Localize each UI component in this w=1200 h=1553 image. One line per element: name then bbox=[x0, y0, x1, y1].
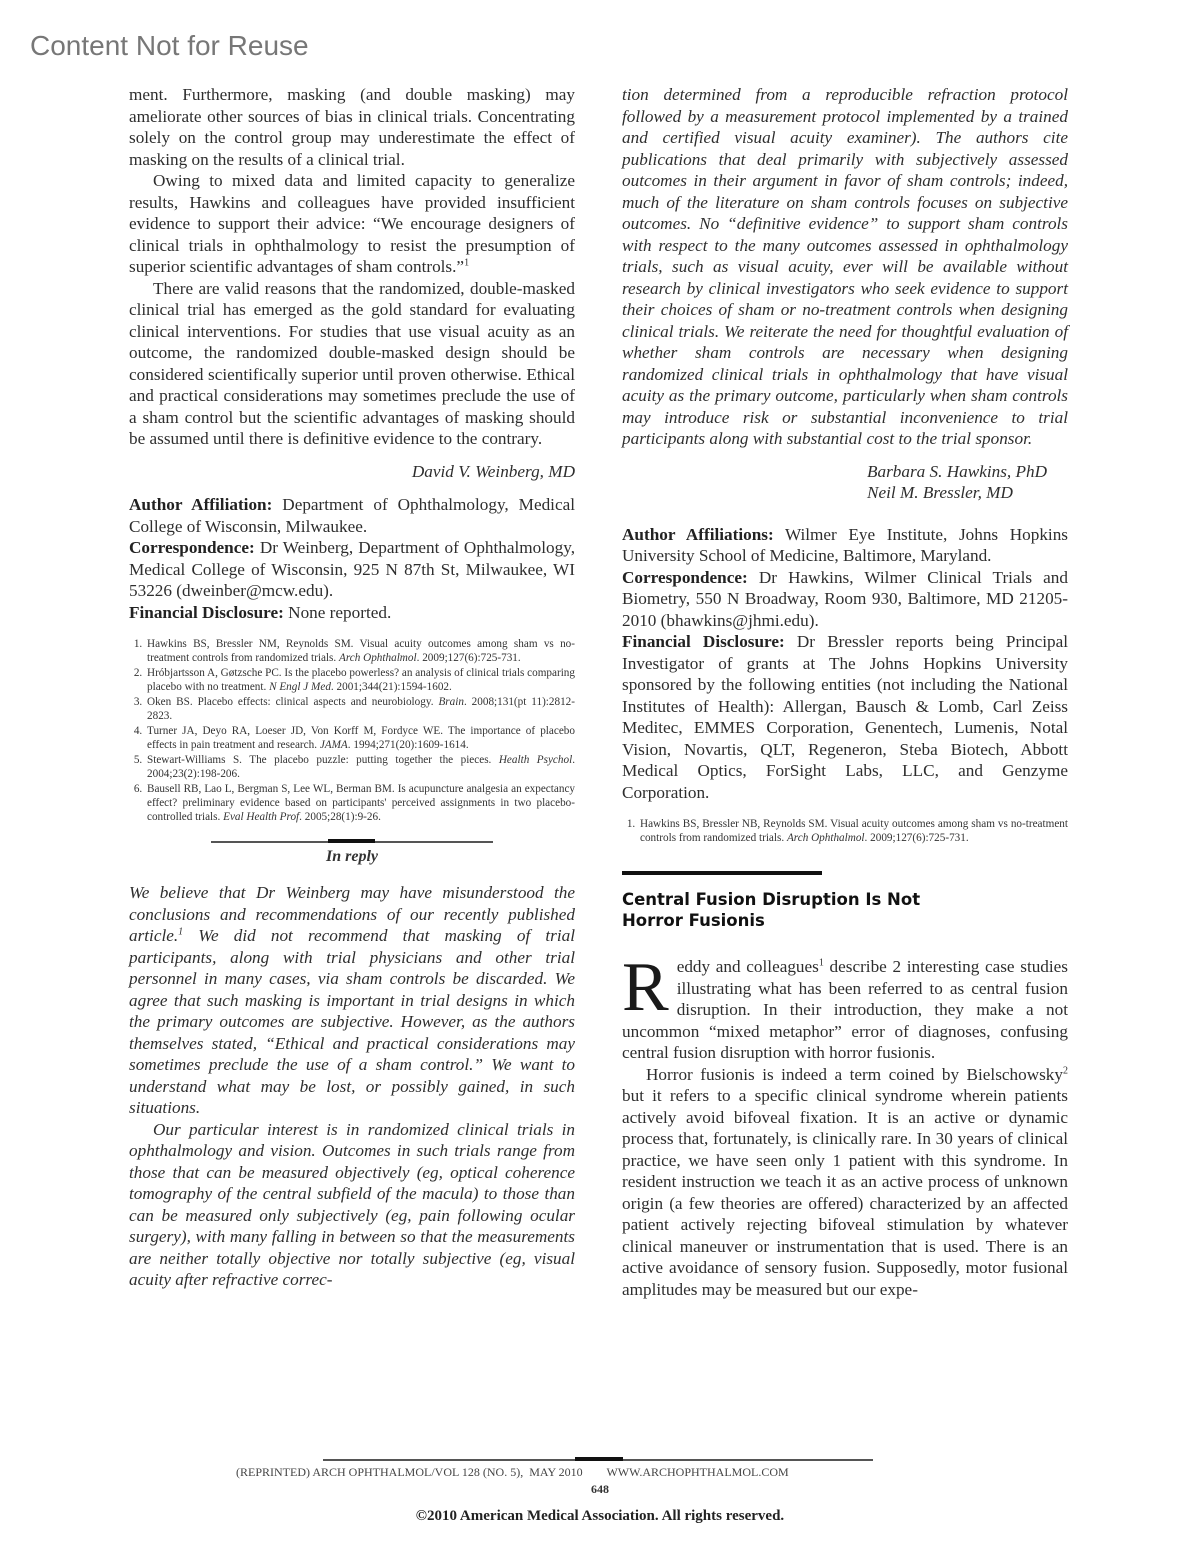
value: None reported. bbox=[284, 603, 391, 622]
reference-item: Hawkins BS, Bressler NM, Reynolds SM. Vi… bbox=[145, 637, 575, 665]
correspondence: Correspondence: Dr Weinberg, Department … bbox=[129, 537, 575, 602]
reference-item: Turner JA, Deyo RA, Loeser JD, Von Korff… bbox=[145, 724, 575, 752]
author-affiliation: Author Affiliations: Wilmer Eye Institut… bbox=[622, 524, 1068, 567]
drop-cap: R bbox=[622, 960, 669, 1016]
value: Dr Bressler reports being Principal Inve… bbox=[622, 632, 1068, 802]
financial-disclosure: Financial Disclosure: Dr Bressler report… bbox=[622, 631, 1068, 803]
reference-item: Hawkins BS, Bressler NB, Reynolds SM. Vi… bbox=[638, 817, 1068, 845]
paragraph: There are valid reasons that the randomi… bbox=[129, 278, 575, 450]
section-divider bbox=[211, 838, 493, 844]
label: Correspondence: bbox=[622, 568, 748, 587]
affiliation-block: Author Affiliations: Wilmer Eye Institut… bbox=[622, 524, 1068, 804]
author-signature: David V. Weinberg, MD bbox=[129, 461, 575, 483]
author-affiliation: Author Affiliation: Department of Ophtha… bbox=[129, 494, 575, 537]
reference-item: Oken BS. Placebo effects: clinical aspec… bbox=[145, 695, 575, 723]
citation-superscript: 1 bbox=[464, 257, 469, 268]
paragraph: tion determined from a reproducible refr… bbox=[622, 84, 1068, 450]
page-number: 648 bbox=[0, 1482, 1200, 1497]
paragraph: Our particular interest is in randomized… bbox=[129, 1119, 575, 1291]
reference-list: Hawkins BS, Bressler NB, Reynolds SM. Vi… bbox=[622, 817, 1068, 845]
in-reply-heading: In reply bbox=[129, 848, 575, 866]
paragraph-text: Owing to mixed data and limited capacity… bbox=[129, 171, 575, 276]
paragraph: ment. Furthermore, masking (and double m… bbox=[129, 84, 575, 170]
footer-rule-accent bbox=[575, 1457, 623, 1461]
correspondence: Correspondence: Dr Hawkins, Wilmer Clini… bbox=[622, 567, 1068, 632]
label: Financial Disclosure: bbox=[129, 603, 284, 622]
paragraph: Owing to mixed data and limited capacity… bbox=[129, 170, 575, 278]
paragraph: Horror fusionis is indeed a term coined … bbox=[622, 1064, 1068, 1301]
right-column: tion determined from a reproducible refr… bbox=[622, 84, 1068, 1300]
reference-list: Hawkins BS, Bressler NM, Reynolds SM. Vi… bbox=[129, 637, 575, 824]
reply-body: We believe that Dr Weinberg may have mis… bbox=[129, 882, 575, 1291]
copyright-notice: ©2010 American Medical Association. All … bbox=[0, 1508, 1200, 1525]
author-signature: Barbara S. Hawkins, PhD bbox=[867, 461, 1068, 483]
section-rule bbox=[622, 871, 822, 875]
reference-item: Hróbjartsson A, Gøtzsche PC. Is the plac… bbox=[145, 666, 575, 694]
article-title: Central Fusion Disruption Is Not Horror … bbox=[622, 889, 1068, 931]
journal-citation: (REPRINTED) ARCH OPHTHALMOL/VOL 128 (NO.… bbox=[236, 1465, 936, 1480]
watermark: Content Not for Reuse bbox=[30, 30, 309, 62]
label: Correspondence: bbox=[129, 538, 255, 557]
financial-disclosure: Financial Disclosure: None reported. bbox=[129, 602, 575, 624]
left-column: ment. Furthermore, masking (and double m… bbox=[129, 84, 575, 1291]
paragraph: Reddy and colleagues1 describe 2 interes… bbox=[622, 956, 1068, 1064]
label: Author Affiliations: bbox=[622, 525, 774, 544]
reference-item: Bausell RB, Lao L, Bergman S, Lee WL, Be… bbox=[145, 782, 575, 824]
author-signatures: Barbara S. Hawkins, PhD Neil M. Bressler… bbox=[867, 461, 1068, 504]
citation-superscript: 2 bbox=[1063, 1065, 1068, 1076]
paragraph: We believe that Dr Weinberg may have mis… bbox=[129, 882, 575, 1119]
label: Author Affiliation: bbox=[129, 495, 272, 514]
reference-item: Stewart-Williams S. The placebo puzzle: … bbox=[145, 753, 575, 781]
label: Financial Disclosure: bbox=[622, 632, 785, 651]
author-signature: Neil M. Bressler, MD bbox=[867, 482, 1068, 504]
affiliation-block: Author Affiliation: Department of Ophtha… bbox=[129, 494, 575, 623]
